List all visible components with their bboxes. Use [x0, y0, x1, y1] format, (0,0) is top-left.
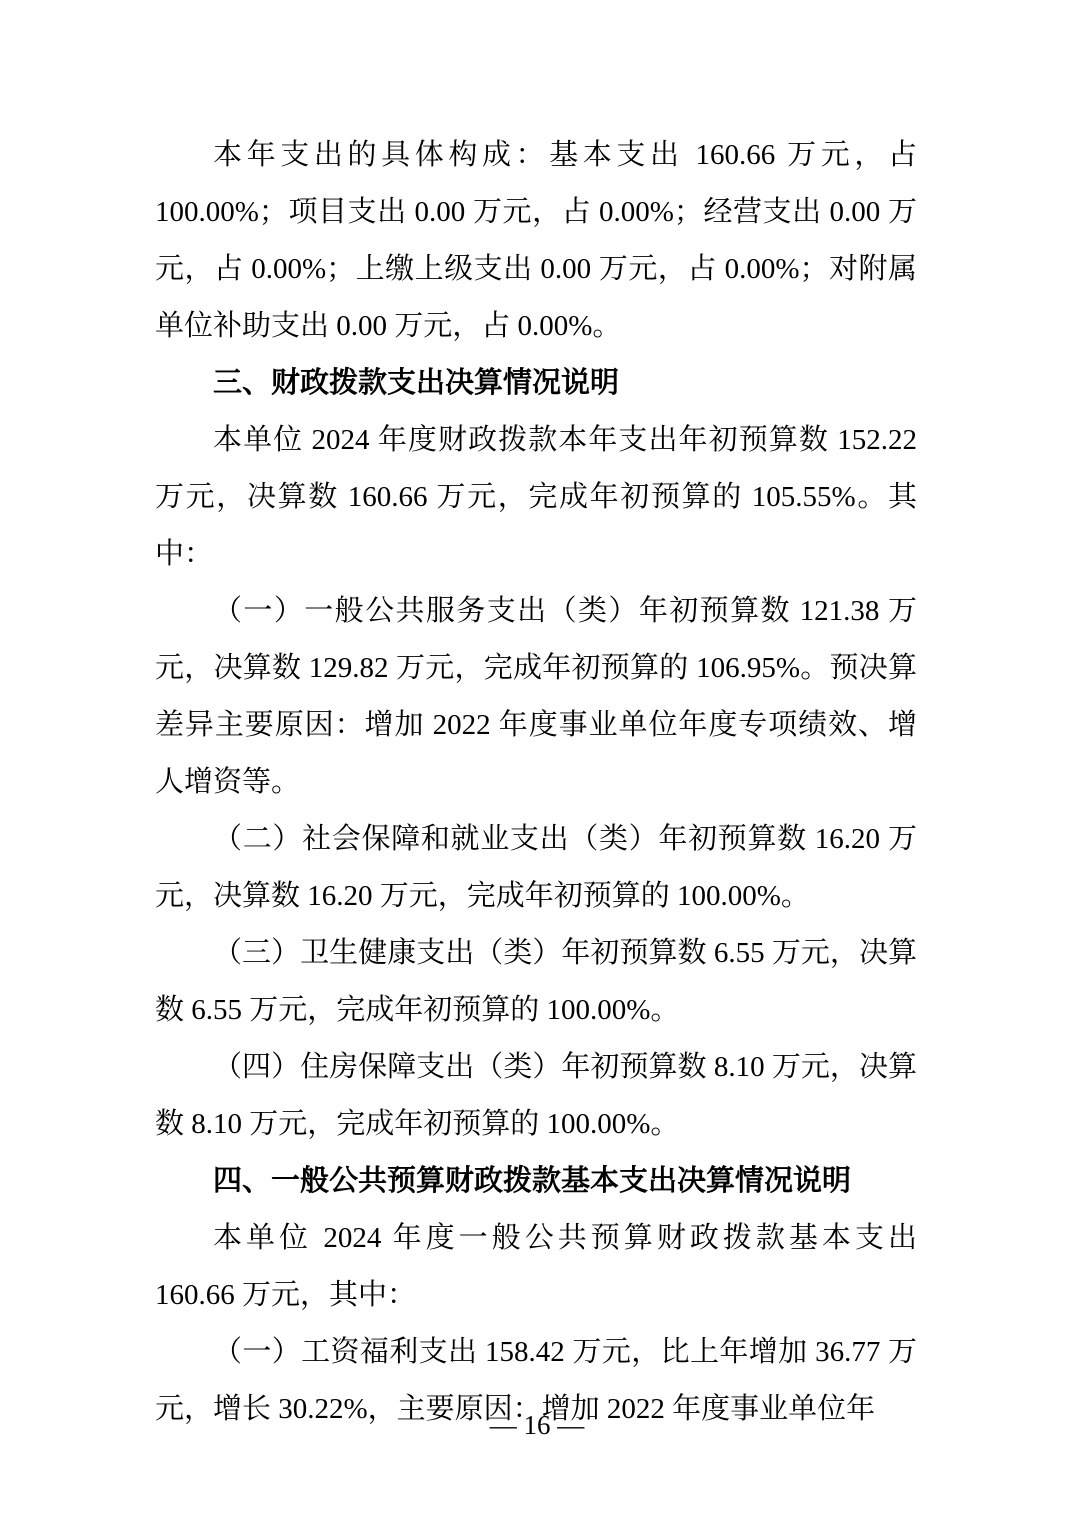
paragraph-general-public-services: （一）一般公共服务支出（类）年初预算数 121.38 万元，决算数 129.82… — [155, 583, 917, 811]
paragraph-health: （三）卫生健康支出（类）年初预算数 6.55 万元，决算数 6.55 万元，完成… — [155, 925, 917, 1039]
document-page: 本年支出的具体构成：基本支出 160.66 万元，占 100.00%；项目支出 … — [0, 0, 1074, 1520]
paragraph-housing: （四）住房保障支出（类）年初预算数 8.10 万元，决算数 8.10 万元，完成… — [155, 1039, 917, 1153]
section-heading-3: 三、财政拨款支出决算情况说明 — [155, 355, 917, 412]
page-number: — 16 — — [0, 1405, 1074, 1445]
paragraph-expenditure-composition: 本年支出的具体构成：基本支出 160.66 万元，占 100.00%；项目支出 … — [155, 127, 917, 355]
section-heading-4: 四、一般公共预算财政拨款基本支出决算情况说明 — [155, 1153, 917, 1210]
paragraph-basic-expenditure: 本单位 2024 年度一般公共预算财政拨款基本支出 160.66 万元，其中： — [155, 1210, 917, 1324]
paragraph-fiscal-appropriation: 本单位 2024 年度财政拨款本年支出年初预算数 152.22 万元，决算数 1… — [155, 412, 917, 583]
paragraph-social-security: （二）社会保障和就业支出（类）年初预算数 16.20 万元，决算数 16.20 … — [155, 811, 917, 925]
document-body: 本年支出的具体构成：基本支出 160.66 万元，占 100.00%；项目支出 … — [155, 127, 917, 1438]
